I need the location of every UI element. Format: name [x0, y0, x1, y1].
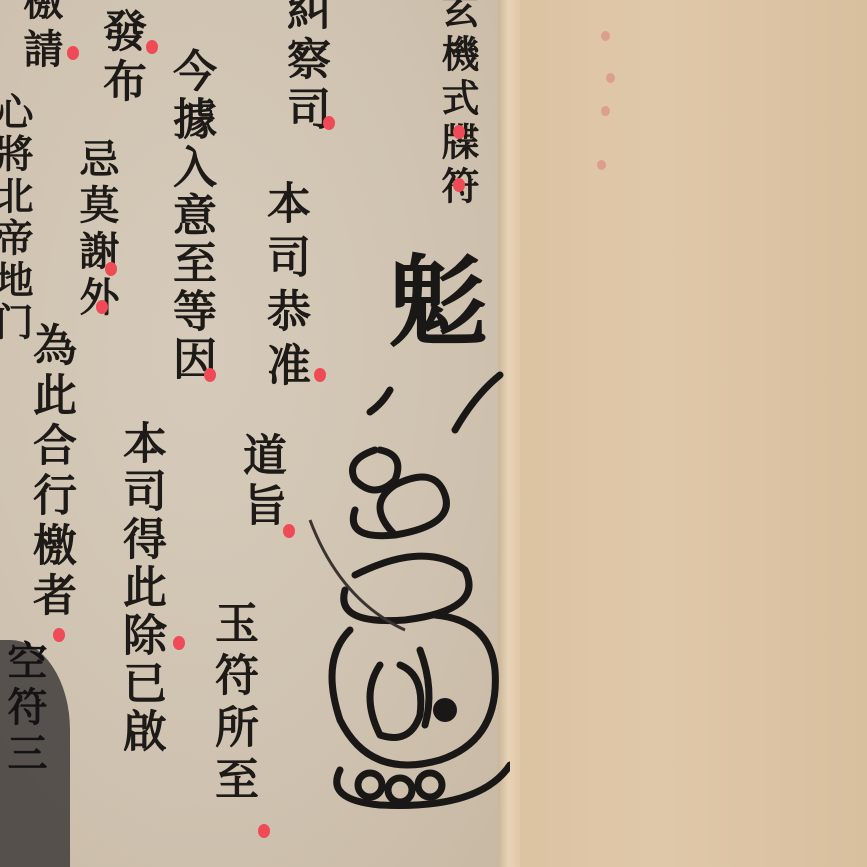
- column-bensi-dei-ci: 本司得此除已啟: [118, 420, 162, 756]
- faded-punctuation-mark: [606, 73, 615, 83]
- faded-punctuation-mark: [597, 160, 606, 170]
- column-fabu: 發布: [98, 8, 142, 108]
- red-punctuation-mark: [53, 628, 65, 642]
- red-punctuation-mark: [283, 524, 295, 538]
- column-ji-mo-xie-wai: 忌莫謝外: [76, 138, 116, 322]
- red-punctuation-mark: [105, 262, 117, 276]
- column-jin-ju: 今據入意至等因: [168, 48, 212, 384]
- red-punctuation-mark: [67, 46, 79, 60]
- column-xin-jiang-beidi: 心將北帝地门: [0, 92, 30, 344]
- right-page: [520, 0, 867, 867]
- talisman-seal-icon: [300, 210, 510, 820]
- red-punctuation-mark: [314, 368, 326, 382]
- column-xi-qing: 檄請: [20, 0, 60, 76]
- red-punctuation-mark: [96, 300, 108, 314]
- faded-punctuation-mark: [601, 106, 610, 116]
- faded-punctuation-mark: [601, 31, 610, 41]
- red-punctuation-mark: [453, 178, 465, 192]
- column-jiucha-si: 糾察司: [282, 0, 326, 136]
- red-punctuation-mark: [204, 368, 216, 382]
- red-punctuation-mark: [453, 125, 465, 139]
- column-kong-fu-san: 空符三: [4, 640, 44, 778]
- red-punctuation-mark: [146, 40, 158, 54]
- column-wei-ci-he-xing: 為此合行檄者: [28, 322, 72, 622]
- column-dao-zhi: 道旨: [238, 432, 282, 532]
- red-punctuation-mark: [173, 636, 185, 650]
- red-punctuation-mark: [323, 116, 335, 130]
- red-punctuation-mark: [258, 824, 270, 838]
- column-yufu-suozhi: 玉符所至: [210, 600, 254, 808]
